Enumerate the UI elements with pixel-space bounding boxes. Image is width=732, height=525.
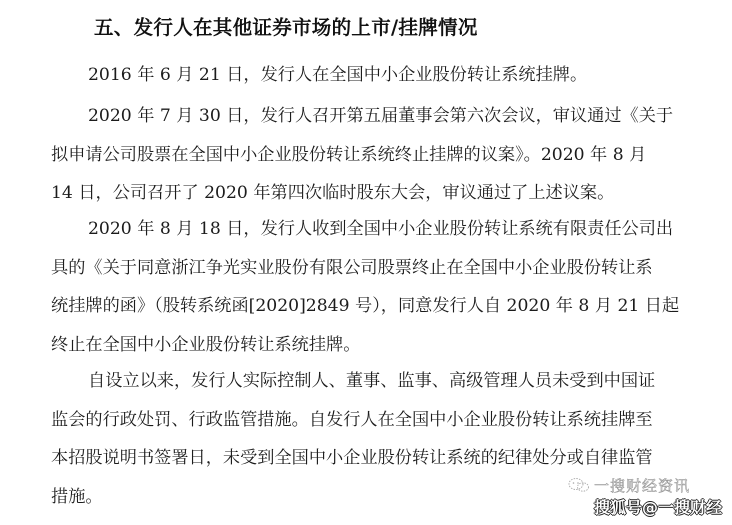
paragraph-line: 自设立以来，发行人实际控制人、董事、监事、高级管理人员未受到中国证: [51, 362, 691, 401]
watermark-source: 搜狐号@一搜财经: [594, 495, 722, 518]
paragraph-line: 监会的行政处罚、行政监管措施。自发行人在全国中小企业股份转让系统挂牌至: [51, 401, 691, 440]
paragraph-delisting-approval: 2020 年 8 月 18 日，发行人收到全国中小企业股份转让系统有限责任公司出…: [51, 210, 691, 364]
paragraph-line: 14 日，公司召开了 2020 年第四次临时股东大会，审议通过了上述议案。: [51, 174, 691, 213]
paragraph-line: 本招股说明书签署日，未受到全国中小企业股份转让系统的纪律处分或自律监管: [51, 439, 691, 478]
paragraph-line: 2020 年 7 月 30 日，发行人召开第五届董事会第六次会议，审议通过《关于: [51, 97, 691, 136]
paragraph-line: 统挂牌的函》（股转系统函[2020]2849 号），同意发行人自 2020 年 …: [51, 287, 691, 326]
paragraph-line: 2016 年 6 月 21 日，发行人在全国中小企业股份转让系统挂牌。: [88, 56, 728, 95]
paragraph-line: 拟申请公司股票在全国中小企业股份转让系统终止挂牌的议案》。2020 年 8 月: [51, 136, 691, 175]
section-heading: 五、发行人在其他证券市场的上市/挂牌情况: [94, 12, 478, 40]
paragraph-listing-date: 2016 年 6 月 21 日，发行人在全国中小企业股份转让系统挂牌。: [88, 56, 728, 95]
paragraph-line: 2020 年 8 月 18 日，发行人收到全国中小企业股份转让系统有限责任公司出: [51, 210, 691, 249]
paragraph-line: 终止在全国中小企业股份转让系统挂牌。: [51, 326, 691, 365]
watermark: 一搜财经资讯 搜狐号@一搜财经: [566, 475, 732, 525]
wechat-icon: [568, 477, 590, 493]
document-page: 五、发行人在其他证券市场的上市/挂牌情况 2016 年 6 月 21 日，发行人…: [0, 0, 732, 525]
watermark-account-name: 一搜财经资讯: [594, 475, 690, 496]
paragraph-line: 具的《关于同意浙江争光实业股份有限公司股票终止在全国中小企业股份转让系: [51, 249, 691, 288]
paragraph-board-resolution: 2020 年 7 月 30 日，发行人召开第五届董事会第六次会议，审议通过《关于…: [51, 97, 691, 213]
